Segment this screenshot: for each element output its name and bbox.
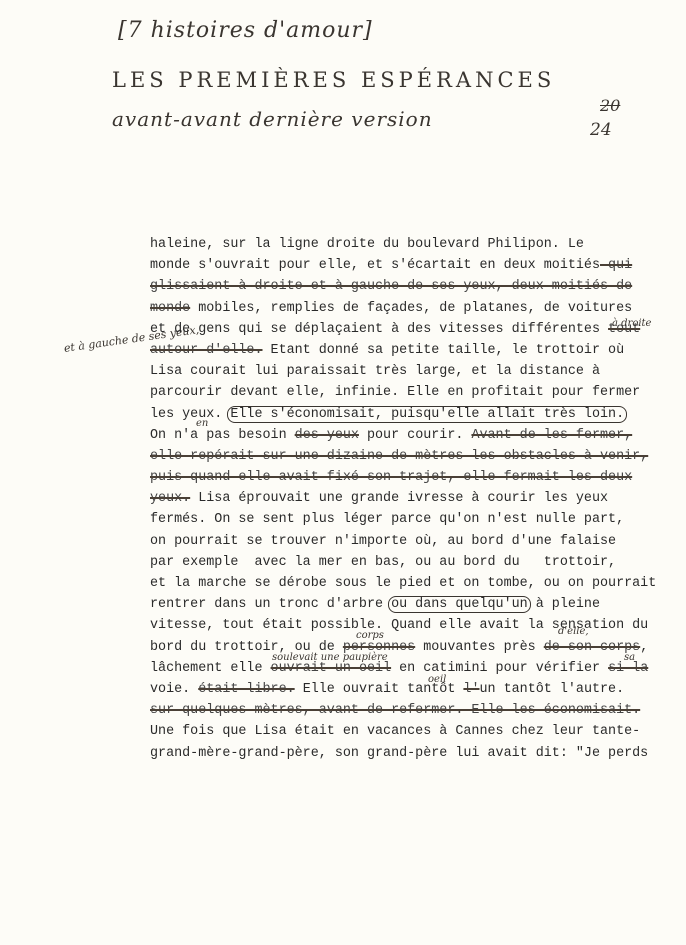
typed-text: pour courir. [359,428,472,443]
typed-text: Une fois que Lisa était en vacances à Ca… [150,724,640,739]
insertion-soulevait: soulevait une paupière [272,652,388,663]
insertion-en: en [196,418,208,429]
typed-text: monde s'ouvrait pour elle, et s'écartait… [150,258,600,273]
text-line: bord du trottoir, ou de personnes mouvan… [150,637,686,658]
insertion-sa: sa [624,652,635,663]
typed-text: en catimini pour vérifier [391,661,608,676]
circled-text: Elle s'économisait, puisqu'elle allait t… [227,406,627,423]
text-line: autour d'elle. Etant donné sa petite tai… [150,340,686,361]
typed-text: parcourir devant elle, infinie. Elle en … [150,385,640,400]
insertion-corps: corps [356,630,384,641]
text-line: on pourrait se trouver n'importe où, au … [150,531,686,552]
typed-text: lâchement elle [150,661,271,676]
text-line: Lisa courait lui paraissait très large, … [150,361,686,382]
typed-text: mouvantes près [415,640,544,655]
text-line: yeux. Lisa éprouvait une grande ivresse … [150,488,686,509]
typed-text: , [640,640,648,655]
typed-text: et de gens qui se déplaçaient à des vite… [150,322,608,337]
typed-text: grand-mère-grand-père, son grand-père lu… [150,746,648,761]
struck-text: qui [600,258,632,273]
struck-text: l' [463,682,479,697]
page-number: 24 [590,120,612,140]
struck-text: puis quand elle avait fixé son trajet, e… [150,470,632,485]
insertion-oeil: oeil [428,674,446,685]
manuscript-title: LES PREMIÈRES ESPÉRANCES [112,68,555,92]
typescript-body: haleine, sur la ligne droite du boulevar… [150,234,686,764]
insertion-d-elle: d'elle, [558,626,589,637]
text-line: monde s'ouvrait pour elle, et s'écartait… [150,255,686,276]
struck-text: monde [150,301,190,316]
text-line: par exemple avec la mer en bas, ou au bo… [150,552,686,573]
text-line: et de gens qui se déplaçaient à des vite… [150,319,686,340]
struck-text: des yeux [295,428,359,443]
typed-text: Lisa courait lui paraissait très large, … [150,364,600,379]
version-note: avant-avant dernière version [112,107,433,131]
collection-note: [7 histoires d'amour] [118,18,373,43]
typed-text: fermés. On se sent plus léger parce qu'o… [150,512,624,527]
text-line: monde mobiles, remplies de façades, de p… [150,298,686,319]
typed-text: rentrer dans un tronc d'arbre [150,597,391,612]
text-line: haleine, sur la ligne droite du boulevar… [150,234,686,255]
text-line: grand-mère-grand-père, son grand-père lu… [150,743,686,764]
struck-text: glissaient à droite et à gauche de ses y… [150,279,632,294]
struck-text: yeux. [150,491,190,506]
struck-text: ouvrait un oeil [271,661,392,676]
text-line: et la marche se dérobe sous le pied et o… [150,573,686,594]
text-line: les yeux. Elle s'économisait, puisqu'ell… [150,404,686,425]
struck-text: Avant de les fermer, [471,428,632,443]
text-line: sur quelques mètres, avant de refermer. … [150,700,686,721]
text-line: elle repérait sur une dizaine de mètres … [150,446,686,467]
struck-text: elle repérait sur une dizaine de mètres … [150,449,648,464]
text-line: fermés. On se sent plus léger parce qu'o… [150,509,686,530]
text-line: On n'a pas besoin des yeux pour courir. … [150,425,686,446]
text-line: vitesse, tout était possible. Quand elle… [150,615,686,636]
text-line: lâchement elle ouvrait un oeil en catimi… [150,658,686,679]
typed-text: à pleine [528,597,600,612]
typed-text: et la marche se dérobe sous le pied et o… [150,576,656,591]
text-line: Une fois que Lisa était en vacances à Ca… [150,721,686,742]
text-line: puis quand elle avait fixé son trajet, e… [150,467,686,488]
struck-text: autour d'elle. [150,343,263,358]
typed-text: les yeux. [150,407,230,422]
struck-text: si la [608,661,648,676]
typed-text: Etant donné sa petite taille, le trottoi… [263,343,625,358]
insertion-a-droite: à droite [612,318,651,329]
text-line: parcourir devant elle, infinie. Elle en … [150,382,686,403]
circled-text: ou dans quelqu'un [388,596,531,613]
typed-text: un tantôt l'autre. [479,682,624,697]
text-line: rentrer dans un tronc d'arbre ou dans qu… [150,594,686,615]
page-number-struck: 20 [600,96,620,115]
typed-text: On n'a pas besoin [150,428,295,443]
typed-text: par exemple avec la mer en bas, ou au bo… [150,555,616,570]
typed-text: voie. [150,682,198,697]
typed-text: mobiles, remplies de façades, de platane… [190,301,632,316]
struck-text: était libre. [198,682,294,697]
text-line: glissaient à droite et à gauche de ses y… [150,276,686,297]
typed-text: Lisa éprouvait une grande ivresse à cour… [190,491,608,506]
typed-text: on pourrait se trouver n'importe où, au … [150,534,616,549]
typed-text: haleine, sur la ligne droite du boulevar… [150,237,584,252]
struck-text: sur quelques mètres, avant de refermer. … [150,703,640,718]
text-line: voie. était libre. Elle ouvrait tantôt l… [150,679,686,700]
